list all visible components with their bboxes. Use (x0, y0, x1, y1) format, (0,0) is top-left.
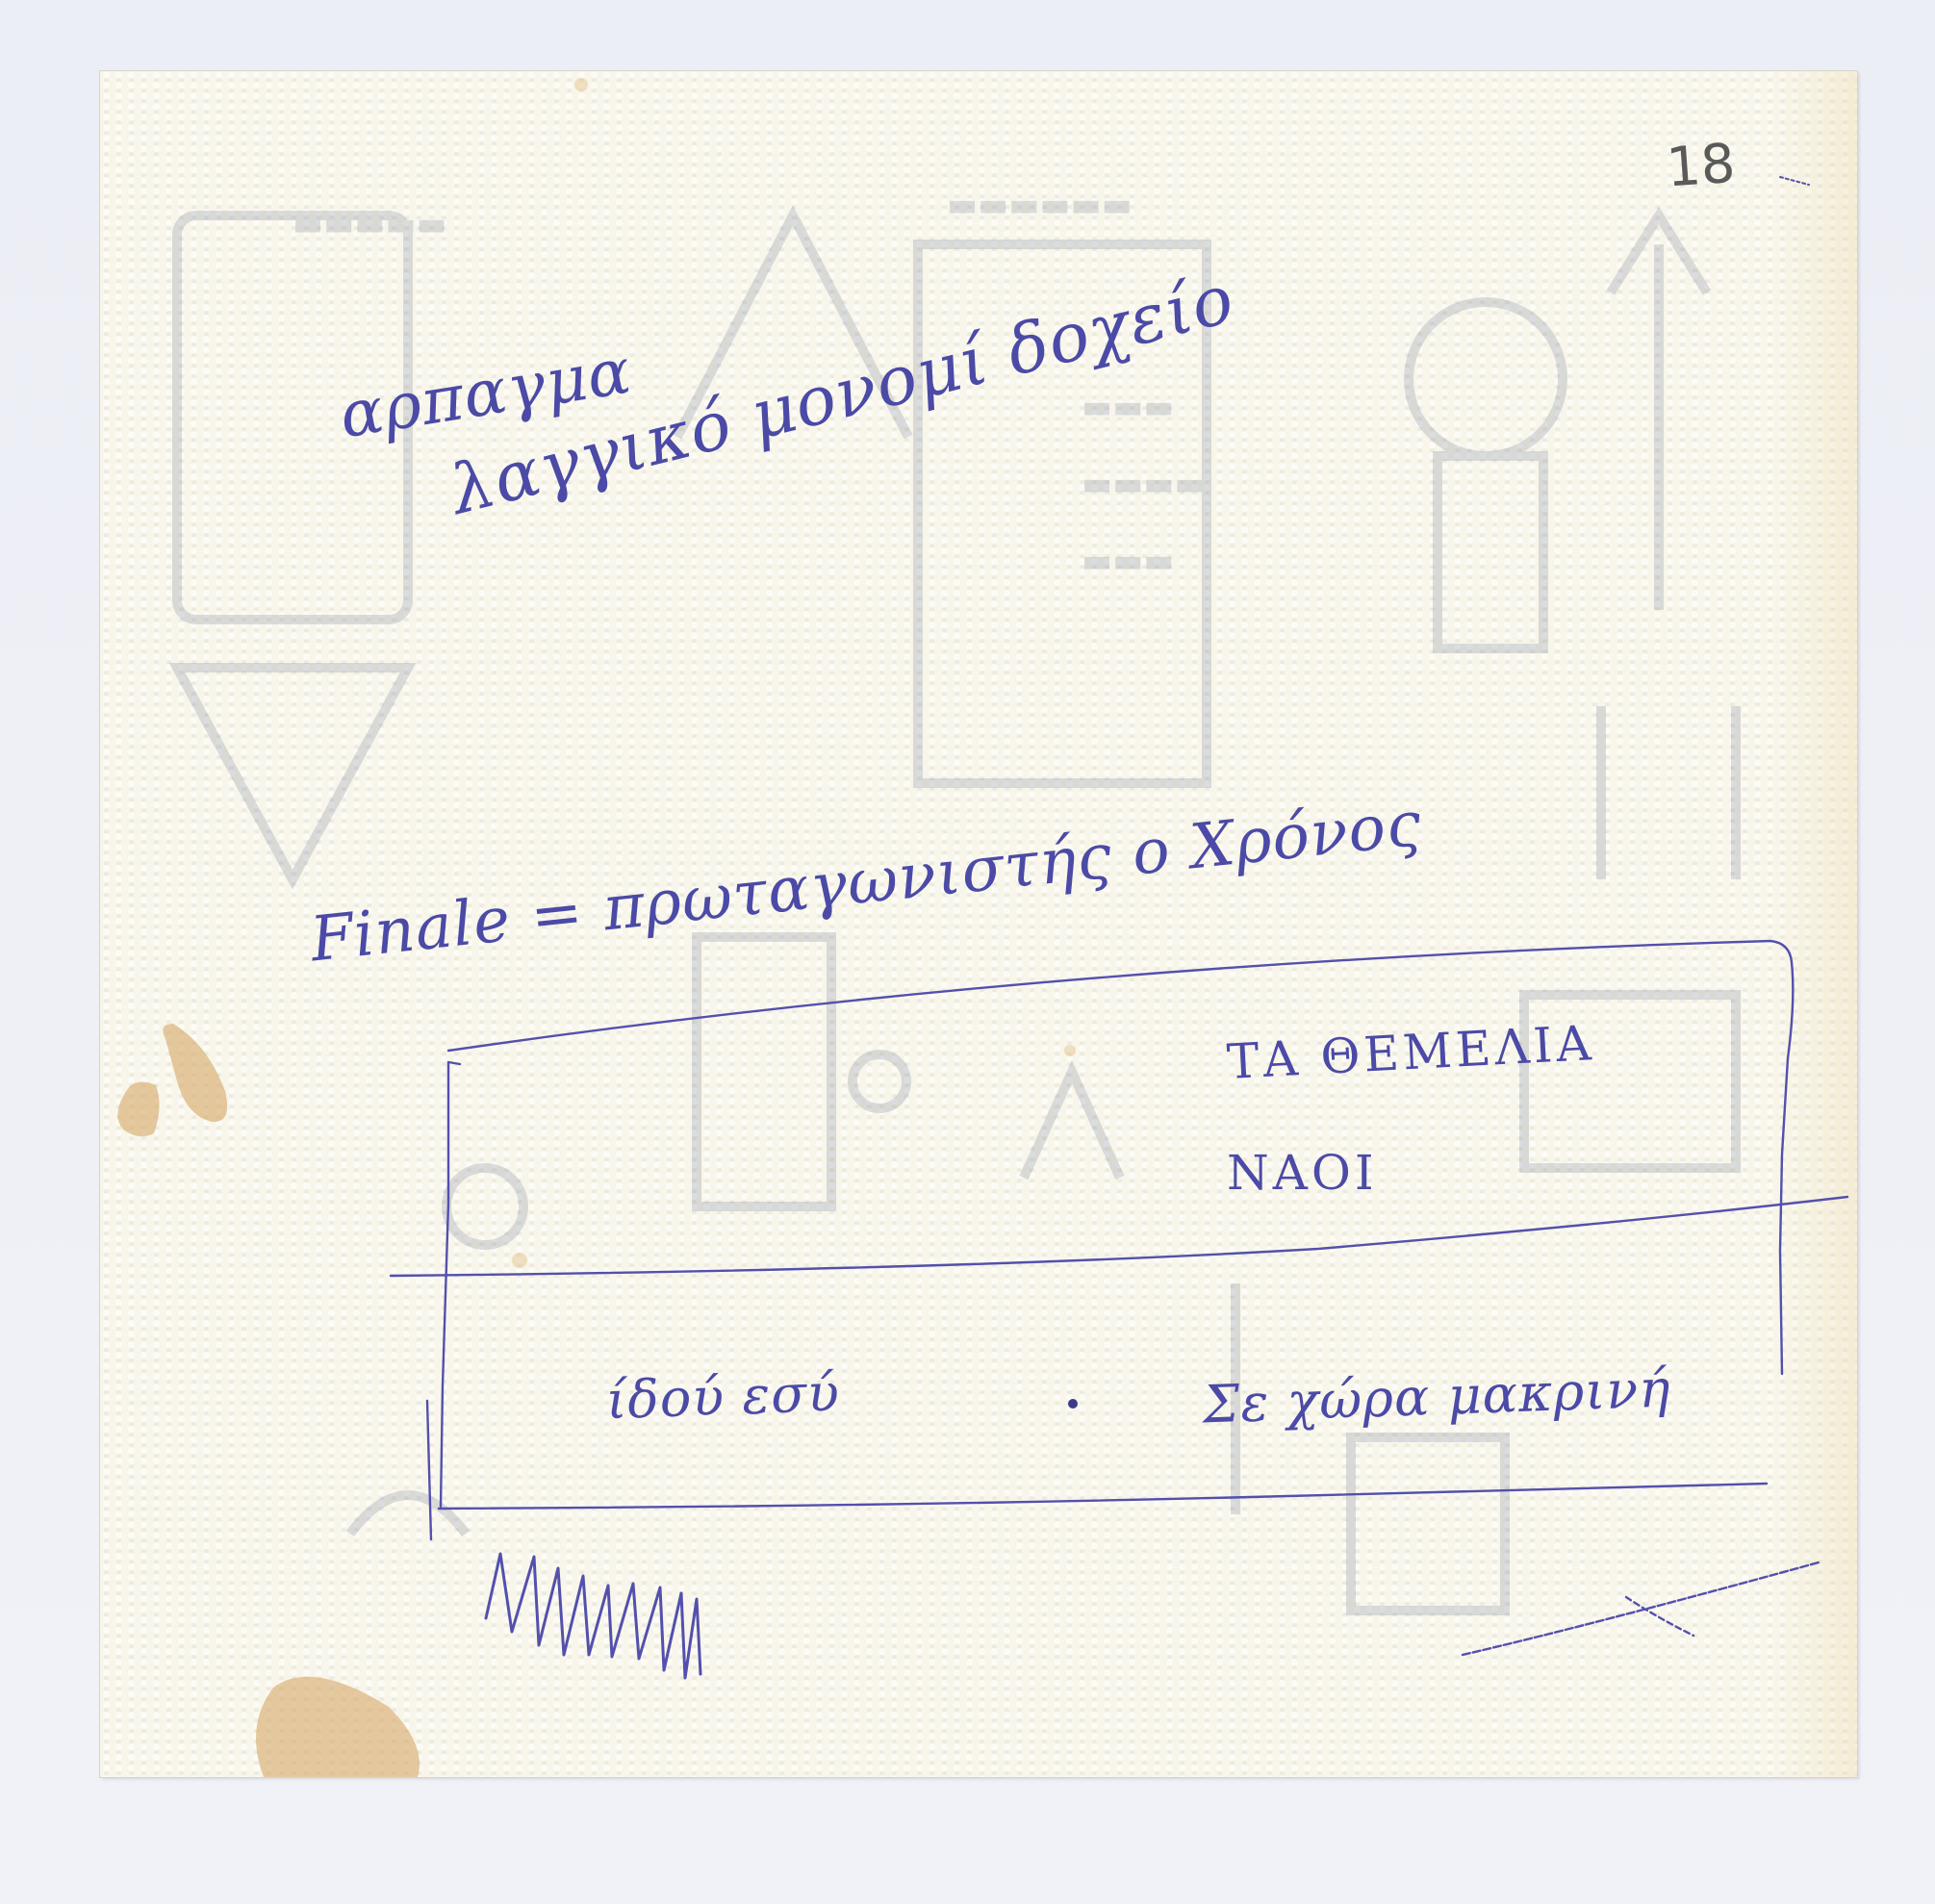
svg-text:▬▬▬▬: ▬▬▬▬ (1082, 465, 1206, 503)
svg-text:▬▬▬▬▬▬: ▬▬▬▬▬▬ (947, 186, 1133, 224)
svg-text:▬▬▬▬▬: ▬▬▬▬▬ (293, 205, 447, 243)
box-line-left: ίδού εσύ (605, 1362, 841, 1431)
page-number: 18 (1665, 133, 1738, 200)
svg-text:▬▬▬: ▬▬▬ (1082, 542, 1174, 580)
box-heading-temples: ΝΑΟΙ (1227, 1145, 1378, 1201)
svg-text:▬▬▬: ▬▬▬ (1082, 388, 1174, 426)
